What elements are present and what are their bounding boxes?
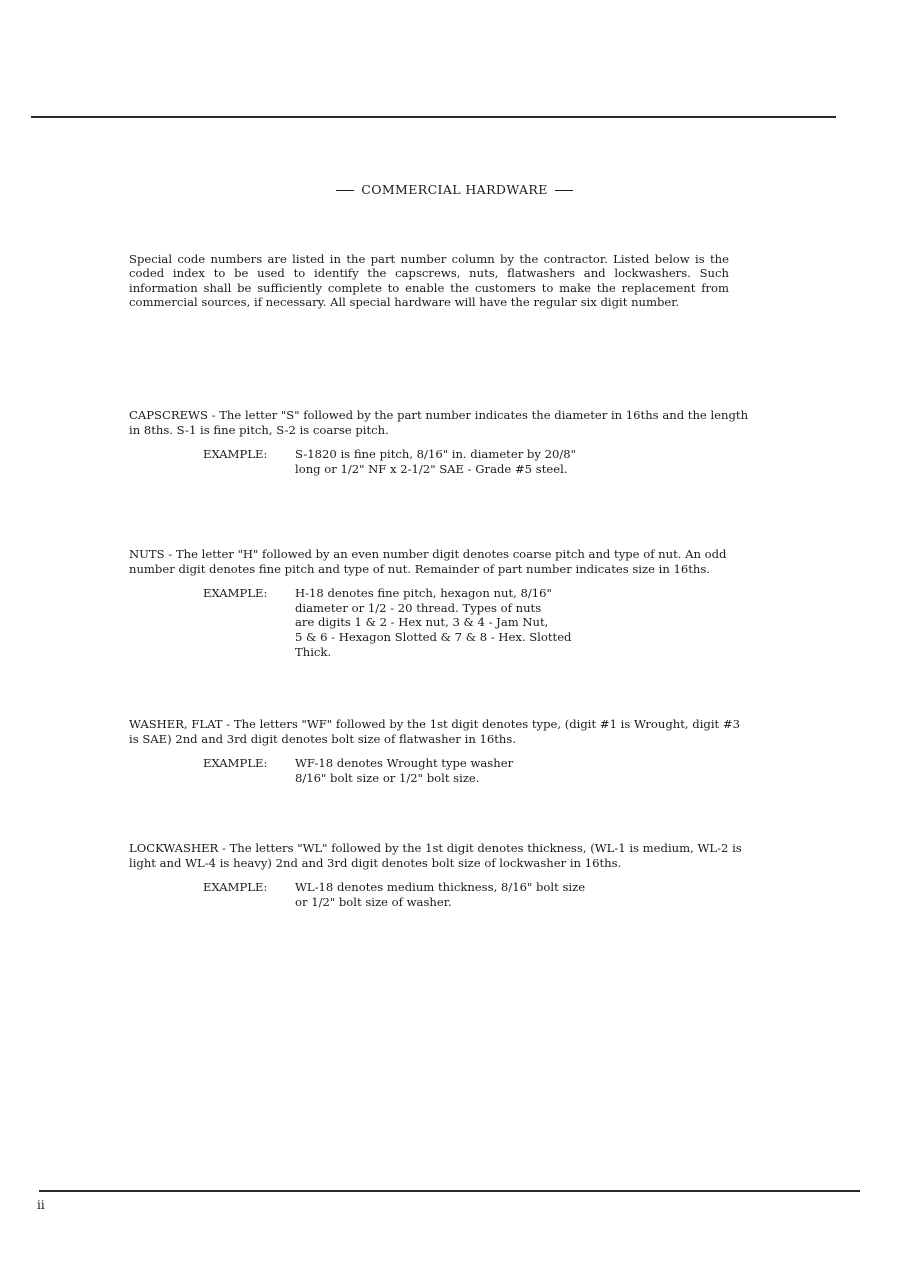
section-lockwasher: LOCKWASHER - The letters "WL" followed b… — [129, 841, 754, 909]
example-text: WL-18 denotes medium thickness, 8/16" bo… — [295, 880, 585, 909]
page-number: ii — [37, 1198, 45, 1212]
title-dash-right — [555, 190, 573, 192]
section-description: NUTS - The letter "H" followed by an eve… — [129, 547, 749, 576]
top-rule — [31, 116, 836, 118]
example-block: EXAMPLE: H-18 denotes fine pitch, hexago… — [203, 586, 749, 659]
section-description: CAPSCREWS - The letter "S" followed by t… — [129, 408, 749, 437]
section-capscrews: CAPSCREWS - The letter "S" followed by t… — [129, 408, 749, 476]
intro-paragraph: Special code numbers are listed in the p… — [129, 252, 729, 310]
example-label: EXAMPLE: — [203, 756, 295, 785]
page-title-text: COMMERCIAL HARDWARE — [361, 182, 548, 197]
section-washer-flat: WASHER, FLAT - The letters "WF" followed… — [129, 717, 749, 785]
example-block: EXAMPLE: WL-18 denotes medium thickness,… — [203, 880, 754, 909]
example-label: EXAMPLE: — [203, 880, 295, 909]
example-block: EXAMPLE: S-1820 is fine pitch, 8/16" in.… — [203, 447, 749, 476]
section-description: WASHER, FLAT - The letters "WF" followed… — [129, 717, 749, 746]
section-nuts: NUTS - The letter "H" followed by an eve… — [129, 547, 749, 659]
example-label: EXAMPLE: — [203, 447, 295, 476]
example-label: EXAMPLE: — [203, 586, 295, 659]
title-dash-left — [336, 190, 354, 192]
example-text: S-1820 is fine pitch, 8/16" in. diameter… — [295, 447, 576, 476]
example-block: EXAMPLE: WF-18 denotes Wrought type wash… — [203, 756, 749, 785]
section-description: LOCKWASHER - The letters "WL" followed b… — [129, 841, 754, 870]
page-title: COMMERCIAL HARDWARE — [0, 182, 909, 197]
example-text: H-18 denotes fine pitch, hexagon nut, 8/… — [295, 586, 571, 659]
bottom-rule — [39, 1190, 860, 1192]
example-text: WF-18 denotes Wrought type washer 8/16" … — [295, 756, 513, 785]
